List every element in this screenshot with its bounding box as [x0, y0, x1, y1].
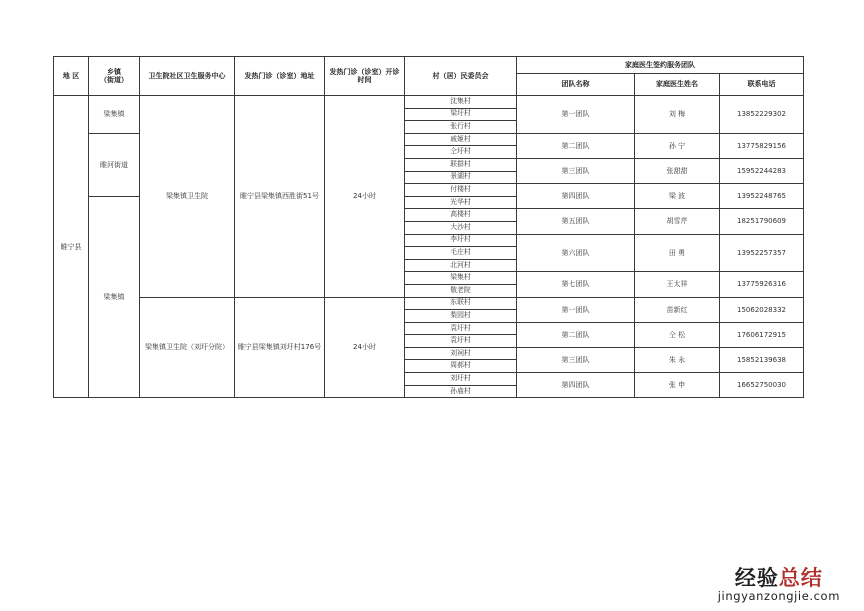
team-name-cell: 第一团队 [517, 297, 635, 322]
phone-cell: 18251790609 [720, 209, 804, 234]
village-cell: 袁圩村 [405, 335, 517, 348]
phone-cell: 16652750030 [720, 373, 804, 398]
table-row: 睢宁县梁集镇梁集镇卫生院睢宁县梁集镇西胜街51号24小时沈集村第一团队刘 梅13… [54, 96, 804, 109]
village-cell: 李圩村 [405, 234, 517, 247]
clinic-address-cell: 睢宁县梁集镇刘圩村176号 [235, 297, 325, 398]
header-phone: 联系电话 [720, 74, 804, 96]
table-body: 睢宁县梁集镇梁集镇卫生院睢宁县梁集镇西胜街51号24小时沈集村第一团队刘 梅13… [54, 96, 804, 398]
village-cell: 刘圩村 [405, 373, 517, 386]
village-cell: 梁圩村 [405, 108, 517, 121]
team-name-cell: 第七团队 [517, 272, 635, 297]
team-name-cell: 第二团队 [517, 133, 635, 158]
phone-cell: 13775829156 [720, 133, 804, 158]
village-cell: 张行村 [405, 121, 517, 134]
village-cell: 戚姬村 [405, 133, 517, 146]
team-name-cell: 第四团队 [517, 184, 635, 209]
township-cell: 睢河街道 [89, 133, 140, 196]
village-cell: 北河村 [405, 259, 517, 272]
team-name-cell: 第六团队 [517, 234, 635, 272]
phone-cell: 13775926316 [720, 272, 804, 297]
header-service-team-group: 家庭医生签约服务团队 [517, 57, 804, 74]
village-cell: 光华村 [405, 196, 517, 209]
doctor-name-cell: 张甜甜 [635, 158, 720, 183]
watermark-logo: 经验总结 jingyanzongjie.com [718, 566, 840, 603]
village-cell: 周郝村 [405, 360, 517, 373]
family-doctor-table: 地 区 乡镇 （街道） 卫生院社区卫生服务中心 发热门诊（诊室）地址 发热门诊（… [53, 56, 804, 398]
doctor-name-cell: 梁 波 [635, 184, 720, 209]
phone-cell: 13852229302 [720, 96, 804, 134]
village-cell: 高楼村 [405, 209, 517, 222]
header-village-committee: 村（居）民委员会 [405, 57, 517, 96]
doctor-name-cell: 田 勇 [635, 234, 720, 272]
header-hospital: 卫生院社区卫生服务中心 [140, 57, 235, 96]
village-cell: 梨园村 [405, 310, 517, 323]
village-cell: 敬老院 [405, 284, 517, 297]
header-township: 乡镇 （街道） [89, 57, 140, 96]
phone-cell: 15952244283 [720, 158, 804, 183]
doctor-name-cell: 苗新红 [635, 297, 720, 322]
watermark-title: 经验总结 [718, 566, 840, 590]
team-name-cell: 第三团队 [517, 347, 635, 372]
header-clinic-address: 发热门诊（诊室）地址 [235, 57, 325, 96]
header-region: 地 区 [54, 57, 89, 96]
watermark-text-red: 总结 [779, 566, 823, 590]
village-cell: 袁圩村 [405, 322, 517, 335]
phone-cell: 15062028332 [720, 297, 804, 322]
village-cell: 毛庄村 [405, 247, 517, 260]
team-name-cell: 第二团队 [517, 322, 635, 347]
township-cell: 梁集镇 [89, 196, 140, 398]
village-cell: 付楼村 [405, 184, 517, 197]
clinic-address-cell: 睢宁县梁集镇西胜街51号 [235, 96, 325, 298]
clinic-hours-cell: 24小时 [325, 96, 405, 298]
village-cell: 东联村 [405, 297, 517, 310]
team-name-cell: 第一团队 [517, 96, 635, 134]
phone-cell: 13952248765 [720, 184, 804, 209]
doctor-name-cell: 王太祥 [635, 272, 720, 297]
header-team-name: 团队名称 [517, 74, 635, 96]
team-name-cell: 第四团队 [517, 373, 635, 398]
village-cell: 孙庙村 [405, 385, 517, 398]
watermark-text-dark: 经验 [735, 566, 779, 590]
doctor-name-cell: 朱 永 [635, 347, 720, 372]
phone-cell: 17606172915 [720, 322, 804, 347]
region-cell: 睢宁县 [54, 96, 89, 398]
village-cell: 联群村 [405, 158, 517, 171]
team-name-cell: 第三团队 [517, 158, 635, 183]
watermark-url: jingyanzongjie.com [718, 590, 840, 603]
header-clinic-hours: 发热门诊（诊室）开诊时间 [325, 57, 405, 96]
doctor-name-cell: 仝 松 [635, 322, 720, 347]
phone-cell: 15852139638 [720, 347, 804, 372]
township-cell: 梁集镇 [89, 96, 140, 134]
village-cell: 刘祠村 [405, 347, 517, 360]
village-cell: 沈集村 [405, 96, 517, 109]
hospital-cell: 梁集镇卫生院 [140, 96, 235, 298]
village-cell: 大沙村 [405, 221, 517, 234]
table-row: 梁集镇卫生院（刘圩分院）睢宁县梁集镇刘圩村176号24小时东联村第一团队苗新红1… [54, 297, 804, 310]
doctor-name-cell: 孙 宁 [635, 133, 720, 158]
clinic-hours-cell: 24小时 [325, 297, 405, 398]
village-cell: 仝圩村 [405, 146, 517, 159]
doctor-name-cell: 胡雪芹 [635, 209, 720, 234]
village-cell: 景湖村 [405, 171, 517, 184]
header-doctor-name: 家庭医生姓名 [635, 74, 720, 96]
phone-cell: 13952257357 [720, 234, 804, 272]
team-name-cell: 第五团队 [517, 209, 635, 234]
doctor-name-cell: 张 申 [635, 373, 720, 398]
hospital-cell: 梁集镇卫生院（刘圩分院） [140, 297, 235, 398]
doctor-name-cell: 刘 梅 [635, 96, 720, 134]
village-cell: 梁集村 [405, 272, 517, 285]
